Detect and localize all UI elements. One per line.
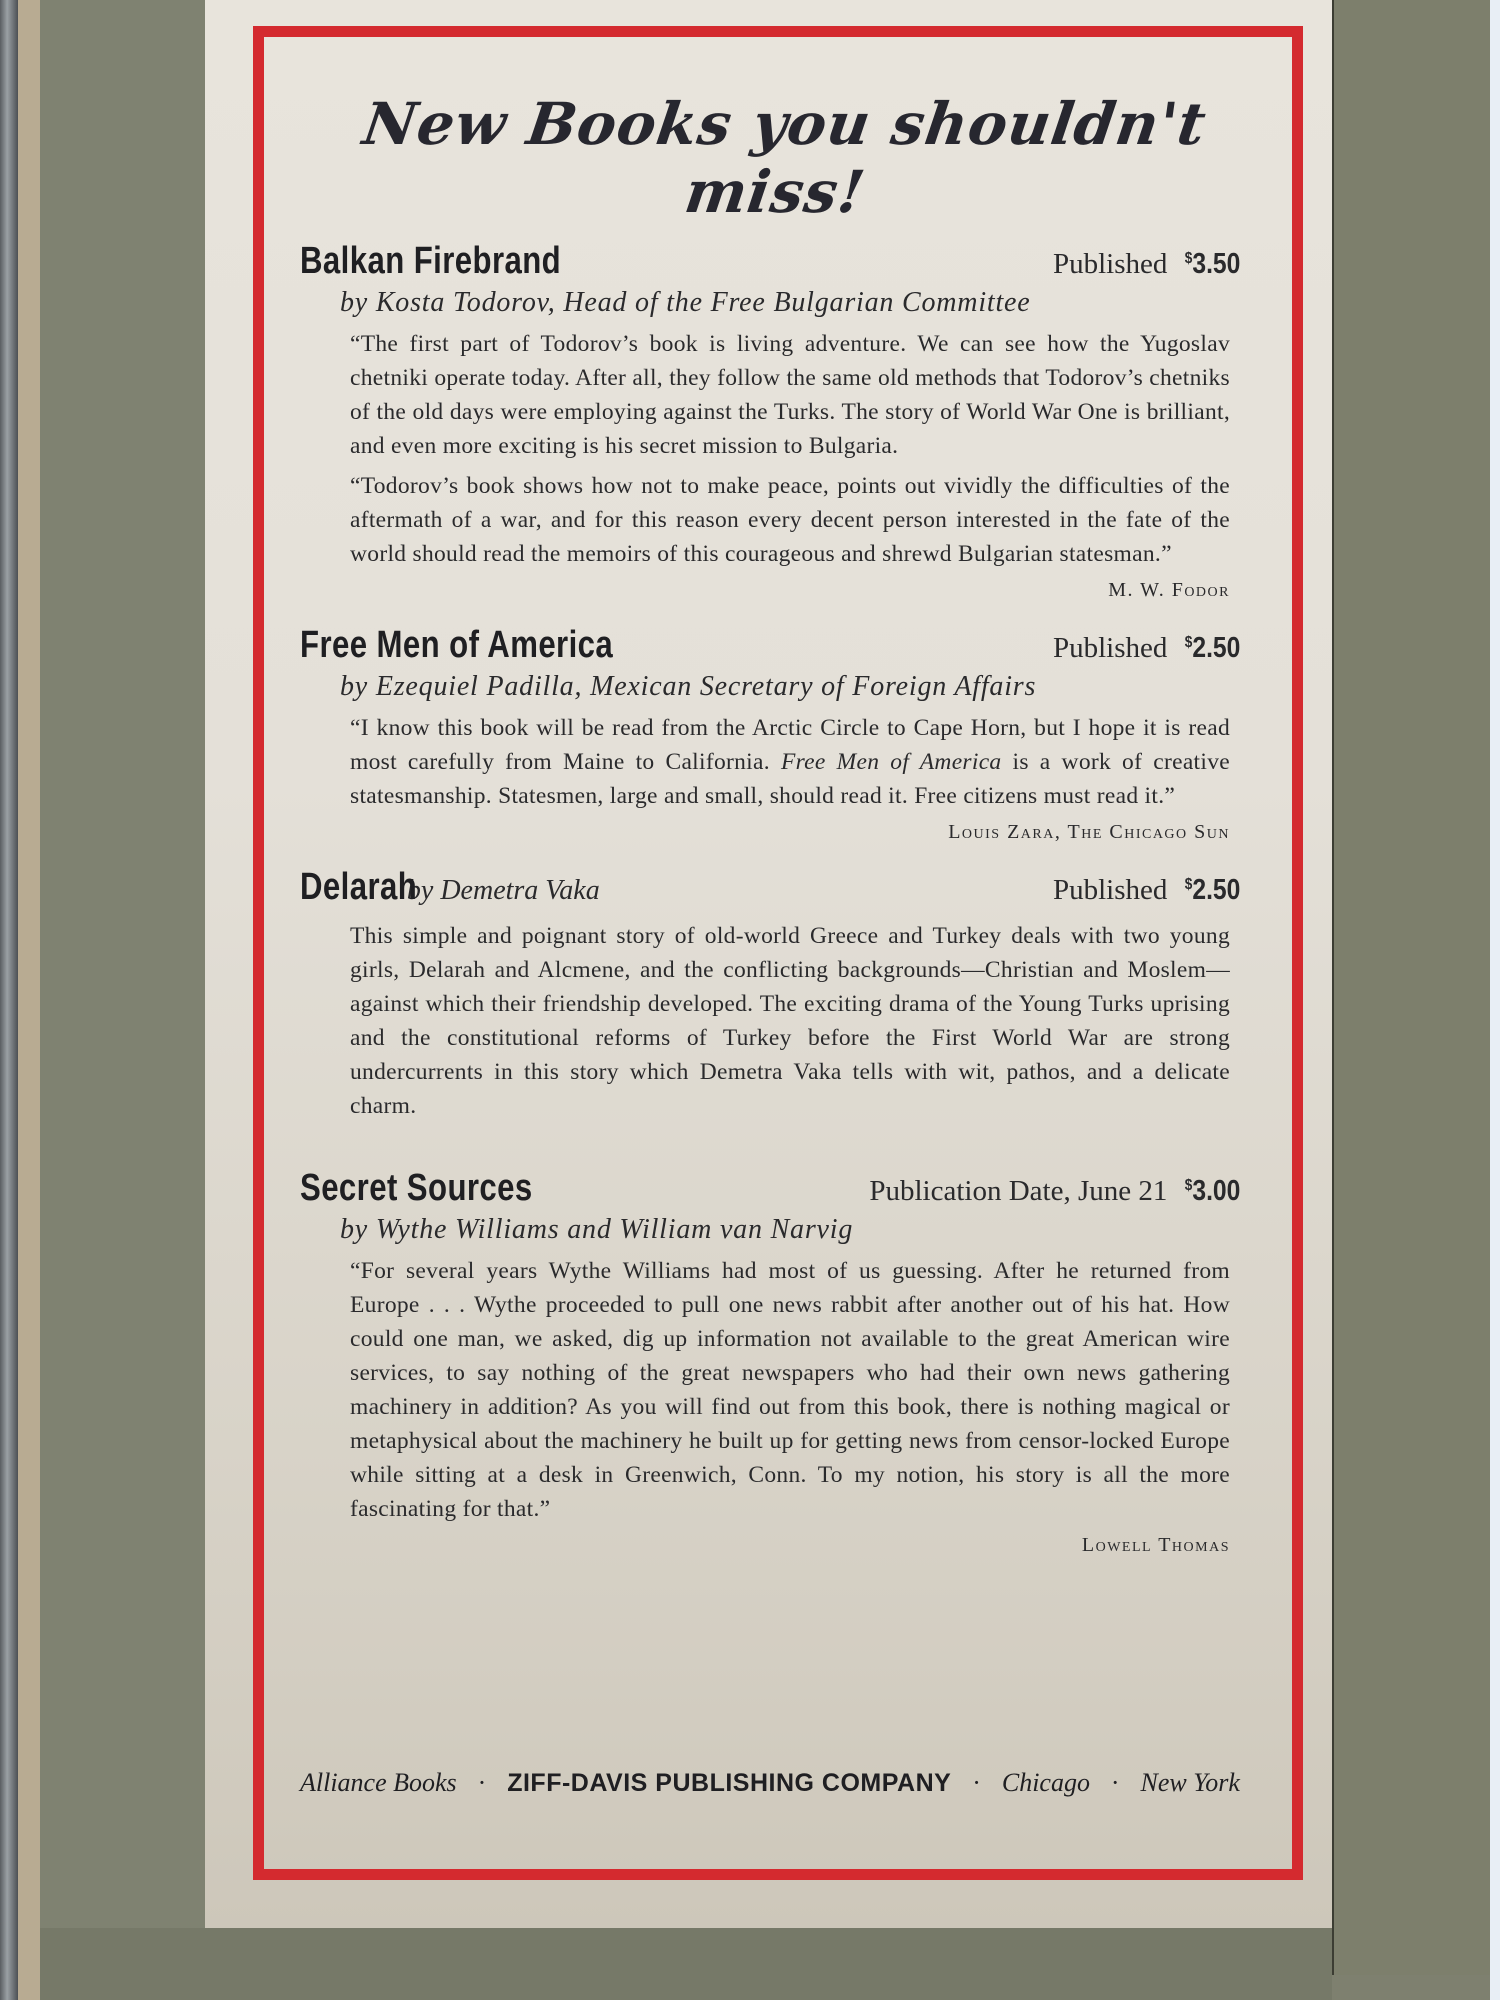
author-inline: by Demetra Vaka [407,875,600,906]
review-paragraph: “I know this book will be read from the … [350,711,1230,813]
publisher-footer: Alliance Books · ZIFF-DAVIS PUBLISHING C… [300,1768,1240,1798]
price-line: Published $2.50 [1053,632,1240,665]
cover-bottom-band [40,1928,1332,2000]
background-edge [1490,0,1500,2000]
description-paragraph: This simple and poignant story of old-wo… [350,919,1230,1123]
city-chicago: Chicago [1002,1768,1090,1798]
review-paragraph: “For several years Wythe Williams had mo… [350,1254,1230,1526]
separator-dot: · [478,1768,487,1798]
price-label: Published [1053,874,1167,906]
separator-dot: · [1111,1768,1120,1798]
book-title-italic: Free Men of America [781,749,1002,775]
price: $3.50 [1184,248,1240,281]
book-entry-delarah: Delarah by Demetra Vaka Published $2.50 … [300,866,1240,1123]
byline: by Ezequiel Padilla, Mexican Secretary o… [340,671,1240,703]
book-title: Secret Sources [300,1167,533,1210]
publisher-name: ZIFF-DAVIS PUBLISHING COMPANY [507,1769,951,1798]
price: $2.50 [1184,632,1240,665]
separator-dot: · [972,1768,981,1798]
cover-right-flap [1332,0,1494,1975]
headline: New Books you shouldn't miss! [310,90,1249,226]
review-paragraph: “Todorov’s book shows how not to make pe… [350,469,1230,571]
city-new-york: New York [1140,1768,1239,1798]
advertisement-content: New Books you shouldn't miss! Balkan Fir… [300,60,1240,1557]
byline: by Wythe Williams and William van Narvig [340,1214,1240,1246]
book-title: Balkan Firebrand [300,240,561,283]
review-attribution: M. W. Fodor [300,579,1230,602]
price-label: Published [1053,248,1167,280]
review-attribution: Lowell Thomas [300,1534,1230,1557]
imprint: Alliance Books [300,1768,457,1798]
book-title: Free Men of America [300,624,613,667]
byline: by Kosta Todorov, Head of the Free Bulga… [340,287,1240,319]
price-line: Published $2.50 [1053,874,1240,907]
book-entry-balkan-firebrand: Balkan Firebrand Published $3.50 by Kost… [300,240,1240,602]
price-line: Publication Date, June 21 $3.00 [869,1175,1240,1208]
book-title: Delarah [300,866,417,909]
price: $3.00 [1184,1175,1240,1208]
price: $2.50 [1184,874,1240,907]
book-spine-edge [0,0,18,2000]
cover-left-panel [40,0,210,2000]
review-paragraph: “The first part of Todorov’s book is liv… [350,327,1230,463]
price-label: Publication Date, June 21 [869,1175,1167,1207]
book-entry-secret-sources: Secret Sources Publication Date, June 21… [300,1167,1240,1557]
book-entry-free-men-of-america: Free Men of America Published $2.50 by E… [300,624,1240,844]
price-line: Published $3.50 [1053,248,1240,281]
review-attribution: Louis Zara, The Chicago Sun [300,821,1230,844]
price-label: Published [1053,632,1167,664]
